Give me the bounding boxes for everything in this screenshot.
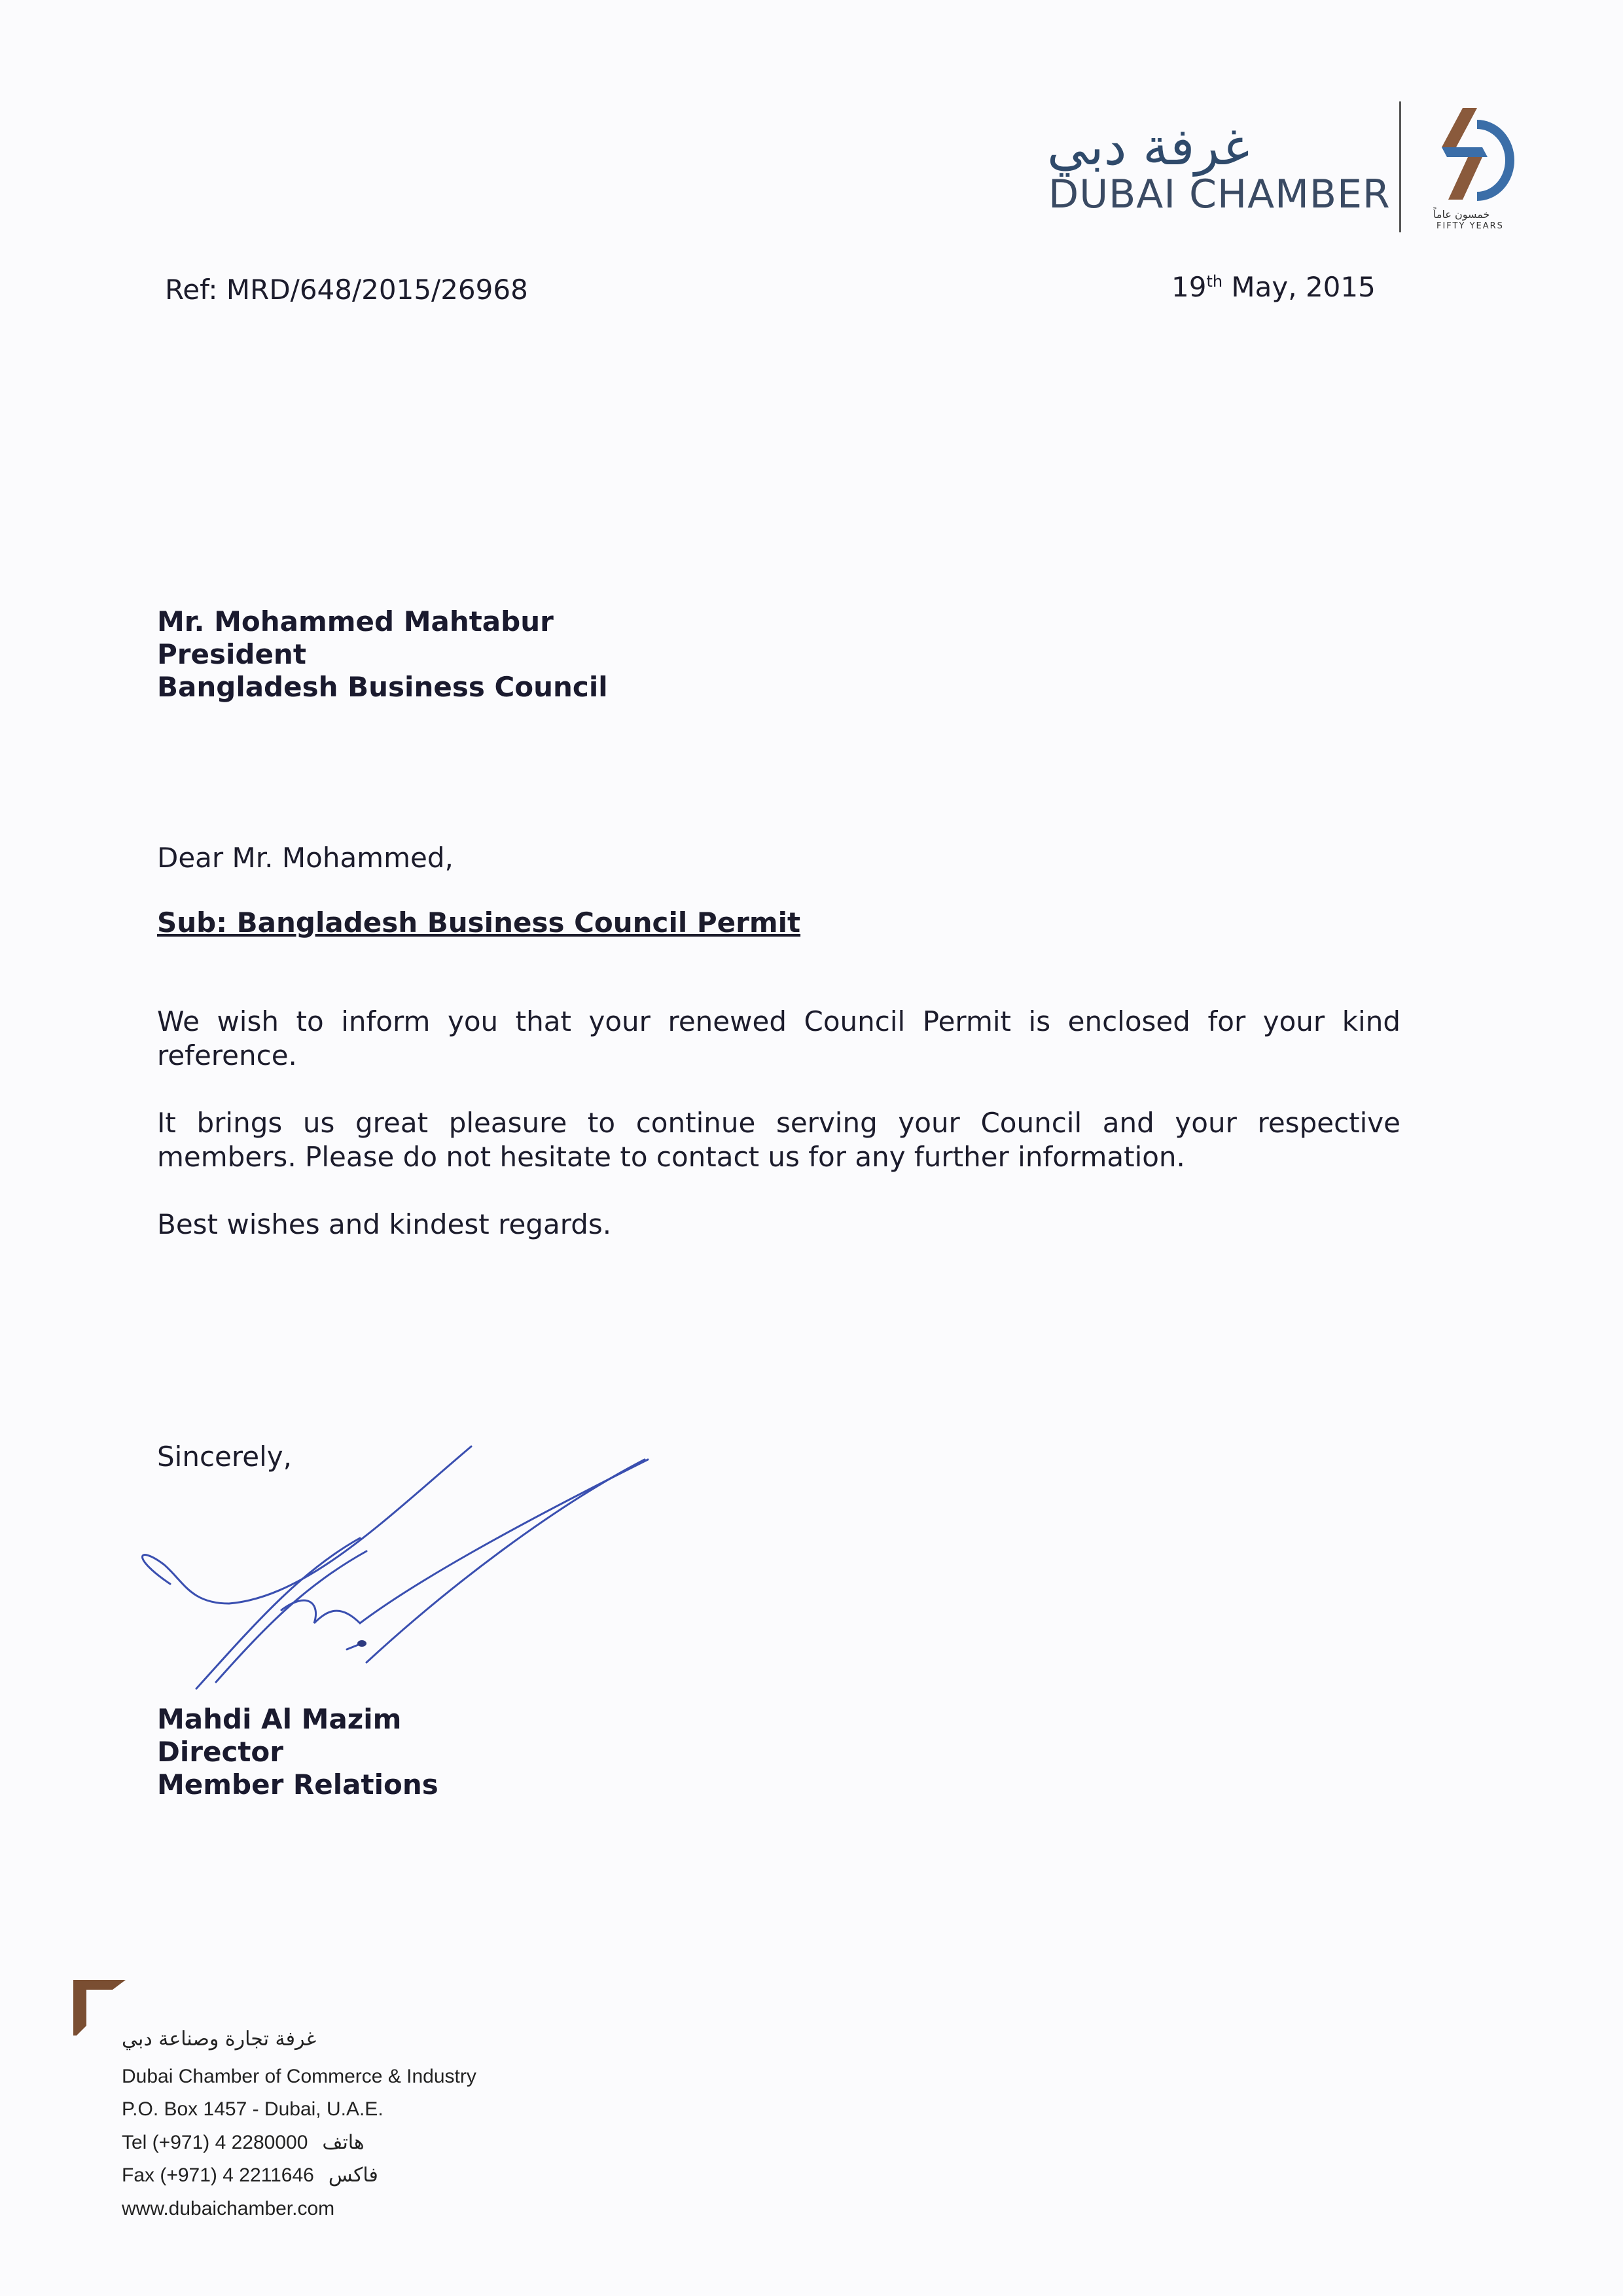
footer-fax: Fax (+971) 4 2211646فاكس: [122, 2164, 378, 2187]
recipient-name: Mr. Mohammed Mahtabur: [157, 605, 608, 638]
date-day: 19: [1171, 271, 1206, 303]
recipient-title: President: [157, 638, 608, 671]
anniversary-arabic: خمسون عاماً: [1433, 208, 1489, 221]
footer-website: www.dubaichamber.com: [122, 2198, 334, 2220]
logo-english-text: DUBAI CHAMBER: [1048, 171, 1391, 217]
footer-telephone: Tel (+971) 4 2280000هاتف: [122, 2131, 365, 2154]
telephone-number: Tel (+971) 4 2280000: [122, 2132, 308, 2153]
footer-po-box: P.O. Box 1457 - Dubai, U.A.E.: [122, 2098, 383, 2121]
logo-arabic-text: غرفة دبي: [1047, 118, 1249, 177]
signatory-title: Director: [157, 1736, 438, 1768]
signatory-department: Member Relations: [157, 1768, 438, 1801]
subject-line: Sub: Bangladesh Business Council Permit: [157, 906, 800, 939]
body-paragraph: We wish to inform you that your renewed …: [157, 1005, 1400, 1073]
fax-number: Fax (+971) 4 2211646: [122, 2164, 314, 2186]
salutation: Dear Mr. Mohammed,: [157, 841, 454, 875]
logo-divider: [1399, 101, 1401, 232]
fax-arabic-label: فاكس: [329, 2164, 378, 2186]
signature-icon: [111, 1427, 661, 1702]
signatory-name: Mahdi Al Mazim: [157, 1703, 438, 1736]
chamber-corner-logo-icon: [73, 1980, 126, 2036]
fifty-years-emblem-icon: [1436, 101, 1522, 206]
body-paragraph: It brings us great pleasure to continue …: [157, 1106, 1400, 1174]
telephone-arabic-label: هاتف: [322, 2132, 364, 2153]
letter-date: 19th May, 2015: [1171, 271, 1376, 303]
recipient-block: Mr. Mohammed Mahtabur President Banglade…: [157, 605, 608, 704]
date-rest: May, 2015: [1222, 271, 1376, 303]
footer-org-name: Dubai Chamber of Commerce & Industry: [122, 2066, 476, 2088]
reference-number: Ref: MRD/648/2015/26968: [165, 274, 528, 306]
footer-arabic-name: غرفة تجارة وصناعة دبي: [122, 2028, 316, 2051]
signatory-block: Mahdi Al Mazim Director Member Relations: [157, 1703, 438, 1801]
regards-line: Best wishes and kindest regards.: [157, 1208, 611, 1242]
date-suffix: th: [1206, 272, 1222, 291]
anniversary-english: FIFTY YEARS: [1436, 221, 1504, 231]
recipient-organization: Bangladesh Business Council: [157, 671, 608, 704]
